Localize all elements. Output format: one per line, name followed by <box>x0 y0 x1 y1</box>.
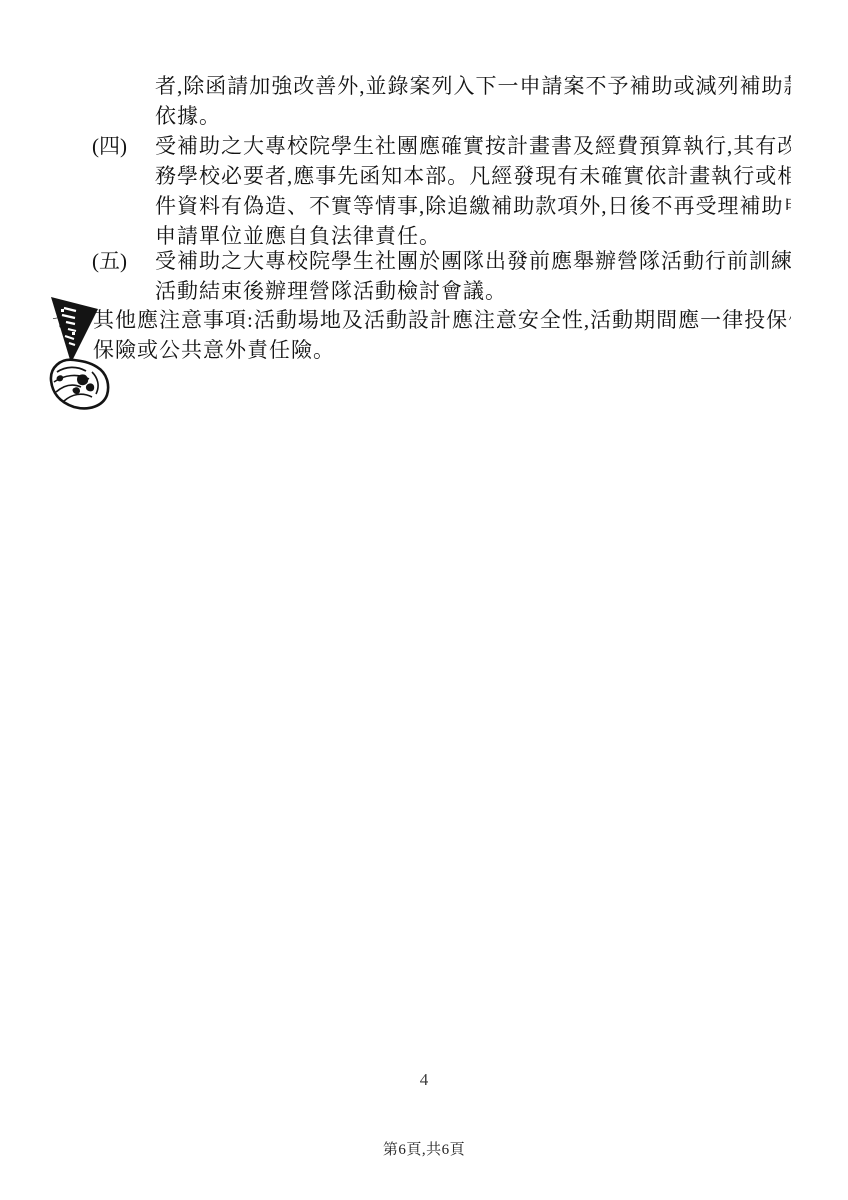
text-line: 件資料有偽造、不實等情事,除追繳補助款項外,日後不再受理補助申請, <box>155 191 791 221</box>
text-line: 者,除函請加強改善外,並錄案列入下一申請案不予補助或減列補助款之 <box>155 71 791 101</box>
page-number: 4 <box>0 1068 848 1092</box>
paragraph-continuation: 者,除函請加強改善外,並錄案列入下一申請案不予補助或減列補助款之 依據。 <box>155 71 791 131</box>
text-line: 其他應注意事項:活動場地及活動設計應注意安全性,活動期間應一律投保傷害 <box>93 305 791 335</box>
document-page: 者,除函請加強改善外,並錄案列入下一申請案不予補助或減列補助款之 依據。 (四)… <box>0 0 848 1200</box>
text-line: 受補助之大專校院學生社團於團隊出發前應舉辦營隊活動行前訓練,並於 <box>155 246 791 276</box>
text-line: 活動結束後辦理營隊活動檢討會議。 <box>155 276 791 306</box>
text-line: 依據。 <box>155 101 791 131</box>
list-item-4: 受補助之大專校院學生社團應確實按計畫書及經費預算執行,其有改變服 務學校必要者,… <box>155 131 791 251</box>
list-item-5: 受補助之大專校院學生社團於團隊出發前應舉辦營隊活動行前訓練,並於 活動結束後辦理… <box>155 246 791 306</box>
list-item-7: 其他應注意事項:活動場地及活動設計應注意安全性,活動期間應一律投保傷害 保險或公… <box>93 305 791 365</box>
item-marker-4: (四) <box>92 131 127 161</box>
text-line: 務學校必要者,應事先函知本部。凡經發現有未確實依計畫執行或相關文 <box>155 161 791 191</box>
text-line: 受補助之大專校院學生社團應確實按計畫書及經費預算執行,其有改變服 <box>155 131 791 161</box>
item-marker-5: (五) <box>92 246 127 276</box>
official-seal-stamp-icon <box>44 296 114 410</box>
text-line: 保險或公共意外責任險。 <box>93 335 791 365</box>
pagination-footer: 第6頁,共6頁 <box>0 1138 848 1162</box>
